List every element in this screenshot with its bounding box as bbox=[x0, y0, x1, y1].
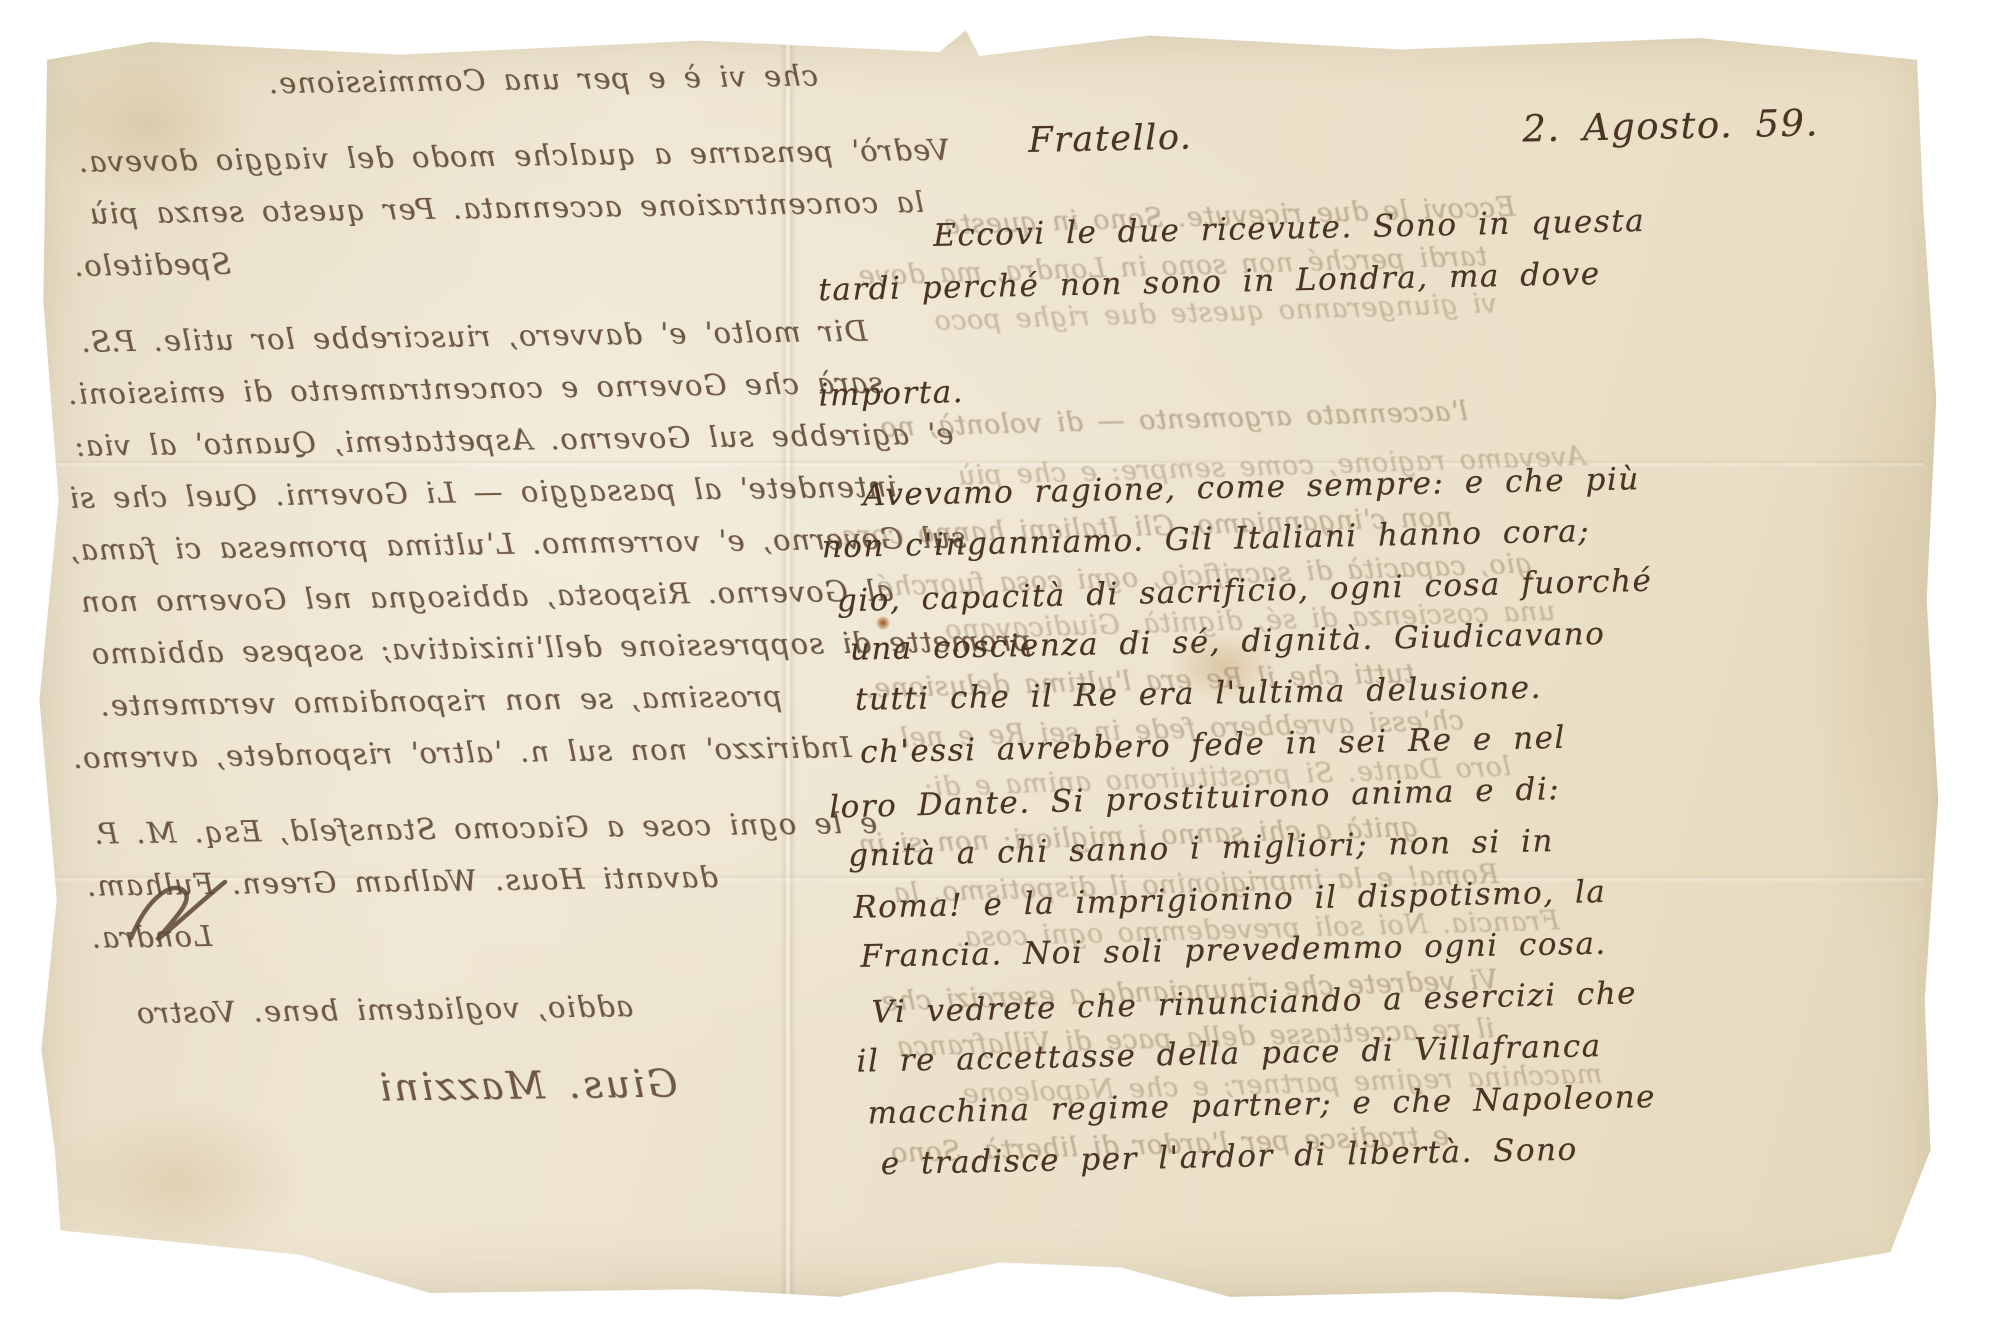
mirrored-handwritten-line: sul Governo, e' vorremmo. L'ultima prome… bbox=[69, 514, 778, 576]
mirrored-handwritten-line: prossima, se non rispondiamo veramente. bbox=[99, 670, 780, 731]
mirrored-handwritten-line: sarà che Governo e concentramento di emi… bbox=[67, 358, 776, 420]
handwritten-line: e tradisce per l'ardor di libertà. Sonoe… bbox=[880, 1118, 1911, 1191]
mirrored-handwritten-line: Indirizzo' non sul n. 'altro' rispondete… bbox=[72, 722, 781, 784]
mirrored-handwritten-line: intendete' al passaggio — Li Governi. Qu… bbox=[68, 462, 777, 524]
handwriting-ink: Gius. Mazzini bbox=[377, 1057, 678, 1113]
mirrored-handwritten-line: Speditelo. bbox=[73, 230, 774, 292]
mirrored-handwritten-line: la concentrazione accennata. Per questo … bbox=[89, 178, 774, 240]
letter-sheet: che vi è e per una Commissione.Vedrò' pe… bbox=[28, 24, 1942, 1302]
mirrored-handwritten-line: Dir molto' e' davvero, riuscirebbe lor u… bbox=[80, 306, 775, 368]
mirrored-handwritten-line: e' agirebbe sul Governo. Aspettatemi, Qu… bbox=[74, 410, 777, 472]
handwriting-ink: che vi è e per una Commissione. bbox=[268, 49, 819, 109]
handwriting-ink: la concentrazione accennata. Per questo … bbox=[89, 176, 925, 240]
paper-toning-stain bbox=[47, 1098, 307, 1268]
right-page: Fratello. 2. Agosto. 59. Eccovi le due r… bbox=[813, 100, 1911, 1192]
handwriting-ink: Speditelo. bbox=[73, 237, 231, 291]
handwriting-ink: e le ogni cose a Giacomo Stansfeld, Esq.… bbox=[93, 796, 878, 859]
salutation: Fratello. bbox=[1028, 115, 1193, 162]
mirrored-handwritten-line: e le ogni cose a Giacomo Stansfeld, Esq.… bbox=[93, 798, 782, 860]
handwriting-ink: Indirizzo' non sul n. 'altro' rispondete… bbox=[72, 721, 852, 784]
salutation-row: Fratello. 2. Agosto. 59. bbox=[813, 100, 1889, 168]
left-page-showthrough: che vi è e per una Commissione.Vedrò' pe… bbox=[63, 50, 786, 1121]
letter-body: Eccovi le due ricevute. Sono in questaEc… bbox=[815, 191, 1911, 1192]
letter-date: 2. Agosto. 59. bbox=[1522, 101, 1819, 151]
handwriting-ink: addio, vogliatemi bene. Vostro bbox=[136, 980, 634, 1039]
mirrored-handwritten-line: addio, vogliatemi bene. Vostro bbox=[136, 978, 785, 1039]
mirrored-handwritten-line: promette di soppressione dell'iniziativa… bbox=[91, 618, 780, 680]
mirrored-handwritten-line: Vedrò' pensarne a qualche modo del viagg… bbox=[78, 126, 773, 188]
scan-background: che vi è e per una Commissione.Vedrò' pe… bbox=[0, 0, 2000, 1319]
mirrored-handwritten-line: che vi è e per una Commissione. bbox=[268, 50, 772, 109]
pen-flourish-mark bbox=[123, 876, 233, 956]
mirrored-handwritten-line: Gius. Mazzini bbox=[377, 1056, 786, 1117]
handwriting-ink: prossima, se non rispondiamo veramente. bbox=[99, 670, 782, 732]
mirrored-handwritten-line: al Governo. Risposta, abbisogna nel Gove… bbox=[80, 566, 779, 628]
